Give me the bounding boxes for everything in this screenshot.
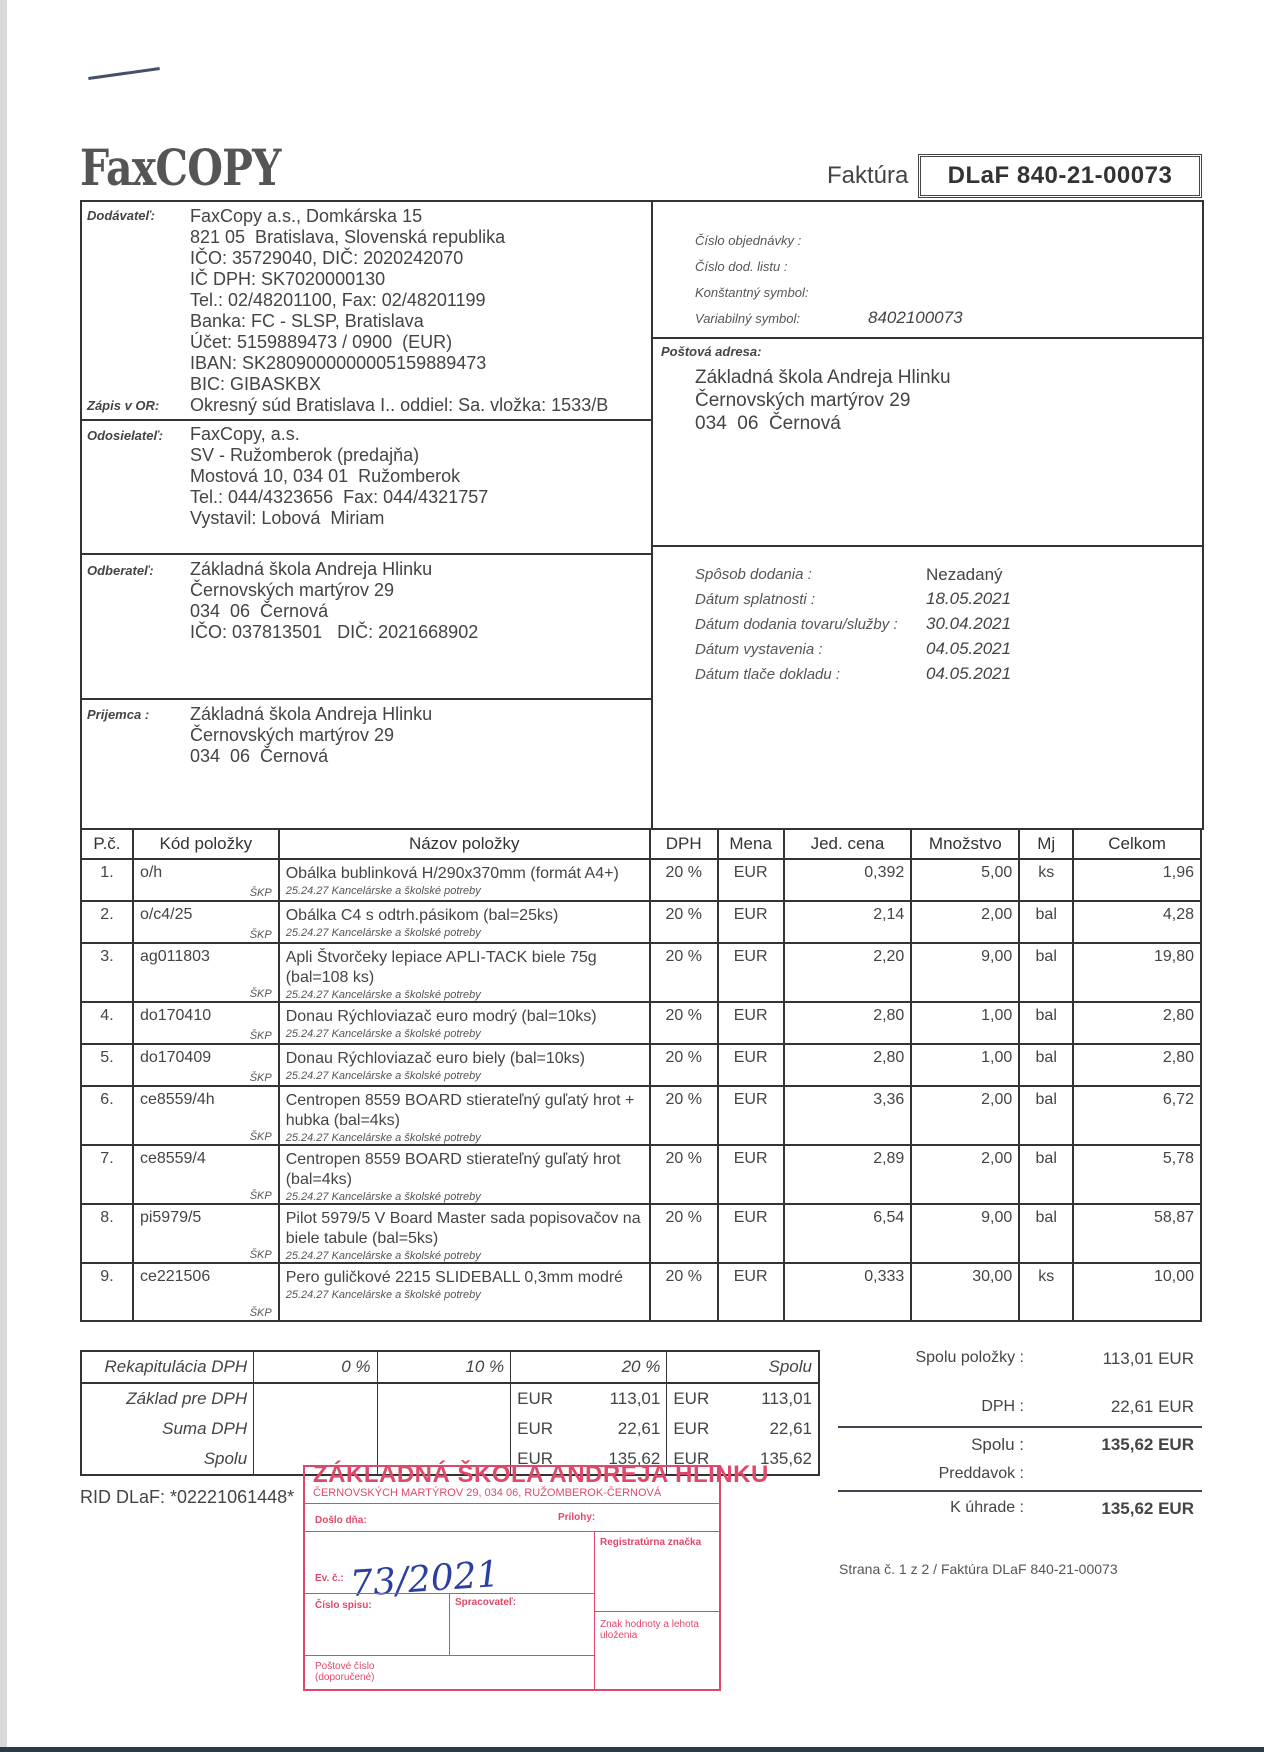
supplier-line: FaxCopy a.s., Domkárska 15	[190, 206, 422, 227]
amount-due-label: K úhrade :	[824, 1499, 1024, 1517]
sender-line: Mostová 10, 034 01 Ružomberok	[190, 466, 460, 487]
supplier-line: IBAN: SK2809000000005159889473	[190, 353, 486, 374]
col-header: Kód položky	[133, 829, 279, 859]
delivery-label: Spôsob dodania :	[695, 566, 812, 583]
amount-due-value: 135,62 EUR	[1024, 1499, 1194, 1519]
stamp-retention-label: Znak hodnoty a lehota uloženia	[600, 1619, 710, 1641]
item-quantity: 1,00	[911, 1044, 1019, 1086]
buyer-label: Odberateľ:	[87, 563, 154, 578]
row-number: 9.	[81, 1263, 133, 1321]
sender-line: SV - Ružomberok (predajňa)	[190, 445, 419, 466]
col-header: Celkom	[1073, 829, 1201, 859]
grand-total-label: Spolu :	[824, 1435, 1024, 1455]
stamp-title: ZÁKLADNÁ ŠKOLA ANDREJA HLINKU	[313, 1461, 769, 1489]
postal-label: Poštová adresa:	[661, 344, 761, 359]
stamp-line	[449, 1593, 450, 1655]
vat-row-label: Suma DPH	[81, 1414, 254, 1444]
skp-label: ŠKP	[250, 1307, 272, 1319]
reference-label: Konštantný symbol:	[695, 285, 808, 300]
supplier-line: BIC: GIBASKBX	[190, 374, 321, 395]
item-total: 5,78	[1073, 1145, 1201, 1204]
table-row: 7. ce8559/4ŠKP Centropen 8559 BOARD stie…	[81, 1145, 1201, 1204]
reference-label: Číslo objednávky :	[695, 233, 801, 248]
item-vat: 20 %	[650, 1204, 718, 1263]
due-date: 18.05.2021	[926, 589, 1011, 609]
item-quantity: 9,00	[911, 943, 1019, 1002]
stamp-received-label: Došlo dňa:	[315, 1515, 367, 1526]
col-header: Mj	[1019, 829, 1073, 859]
item-code-text: do170409	[140, 1049, 211, 1066]
item-name: Pilot 5979/5 V Board Master sada popisov…	[286, 1209, 643, 1249]
stamp-line	[305, 1503, 719, 1504]
row-number: 5.	[81, 1044, 133, 1086]
item-name-cell: Donau Rýchloviazač euro biely (bal=10ks)…	[279, 1044, 650, 1086]
item-category: 25.24.27 Kancelárske a školské potreby	[286, 989, 643, 1001]
postal-line: Černovských martýrov 29	[695, 389, 910, 412]
vat-currency: EUR	[511, 1383, 564, 1414]
invoice-number: DLaF 840-21-00073	[918, 154, 1202, 198]
buyer-line: Základná škola Andreja Hlinku	[190, 559, 432, 580]
vat-value: 113,01	[564, 1383, 667, 1414]
vat-rate: 20 %	[511, 1351, 667, 1383]
item-currency: EUR	[718, 1263, 784, 1321]
items-table: P.č. Kód položky Názov položky DPH Mena …	[80, 828, 1202, 1322]
item-code: ce8559/4ŠKP	[133, 1145, 279, 1204]
item-category: 25.24.27 Kancelárske a školské potreby	[286, 1250, 643, 1262]
stamp-line	[305, 1655, 594, 1656]
stamp-registry-label: Registratúrna značka	[600, 1537, 701, 1548]
supplier-line: Tel.: 02/48201100, Fax: 02/48201199	[190, 290, 486, 311]
variable-symbol: 8402100073	[868, 308, 963, 328]
supplier-divider	[80, 419, 652, 421]
stamp-postal-label: Poštové číslo (doporučené)	[315, 1661, 415, 1683]
item-unit: bal	[1019, 1204, 1073, 1263]
delivery-label: Dátum tlače dokladu :	[695, 666, 840, 683]
vat-value: 113,01	[718, 1383, 819, 1414]
company-logo: FaxCOPY	[80, 138, 281, 197]
sender-line: Tel.: 044/4323656 Fax: 044/4321757	[190, 487, 488, 508]
recipient-label: Prijemca :	[87, 707, 149, 722]
stamp-line	[594, 1611, 719, 1612]
item-total: 1,96	[1073, 859, 1201, 901]
item-name-cell: Apli Štvorčeky lepiace APLI-TACK biele 7…	[279, 943, 650, 1002]
supplier-line: IČO: 35729040, DIČ: 2020242070	[190, 248, 463, 269]
item-category: 25.24.27 Kancelárske a školské potreby	[286, 885, 643, 897]
stamp-evidence-label: Ev. č.:	[315, 1573, 344, 1584]
row-number: 6.	[81, 1086, 133, 1145]
col-header: Jed. cena	[784, 829, 912, 859]
supplier-line: Banka: FC - SLSP, Bratislava	[190, 311, 424, 332]
item-currency: EUR	[718, 1145, 784, 1204]
item-name-cell: Centropen 8559 BOARD stierateľný guľatý …	[279, 1145, 650, 1204]
item-vat: 20 %	[650, 1145, 718, 1204]
item-code-text: o/c4/25	[140, 906, 192, 923]
item-unit: bal	[1019, 943, 1073, 1002]
reference-divider	[651, 337, 1202, 339]
item-code-text: ce221506	[140, 1268, 210, 1285]
recipient-line: Černovských martýrov 29	[190, 725, 394, 746]
item-unit: bal	[1019, 1044, 1073, 1086]
delivery-label: Dátum dodania tovaru/služby :	[695, 616, 898, 633]
item-name-cell: Centropen 8559 BOARD stierateľný guľatý …	[279, 1086, 650, 1145]
vat-row-label: Základ pre DPH	[81, 1383, 254, 1414]
item-unit-price: 2,20	[784, 943, 912, 1002]
table-row: 2. o/c4/25ŠKP Obálka C4 s odtrh.pásikom …	[81, 901, 1201, 943]
item-currency: EUR	[718, 1044, 784, 1086]
item-vat: 20 %	[650, 1002, 718, 1044]
col-header: P.č.	[81, 829, 133, 859]
vat-value: 22,61	[564, 1414, 667, 1444]
item-total: 2,80	[1073, 1002, 1201, 1044]
vat-recap-row: Suma DPH EUR 22,61 EUR 22,61	[81, 1414, 819, 1444]
recipient-line: Základná škola Andreja Hlinku	[190, 704, 432, 725]
item-unit-price: 0,333	[784, 1263, 912, 1321]
item-code-text: pi5979/5	[140, 1209, 201, 1226]
item-unit: ks	[1019, 1263, 1073, 1321]
vat-cell-empty	[254, 1383, 377, 1414]
delivery-date: 30.04.2021	[926, 614, 1011, 634]
reference-label: Variabilný symbol:	[695, 311, 800, 326]
table-row: 4. do170410ŠKP Donau Rýchloviazač euro m…	[81, 1002, 1201, 1044]
invoice-label: Faktúra	[827, 162, 908, 190]
sender-line: FaxCopy, a.s.	[190, 424, 300, 445]
vat-rate: 10 %	[377, 1351, 511, 1383]
item-code: do170410ŠKP	[133, 1002, 279, 1044]
vat-row-label: Spolu	[81, 1444, 254, 1475]
supplier-line: Účet: 5159889473 / 0900 (EUR)	[190, 332, 452, 353]
item-name-cell: Pero guličkové 2215 SLIDEBALL 0,3mm modr…	[279, 1263, 650, 1321]
item-category: 25.24.27 Kancelárske a školské potreby	[286, 1028, 643, 1040]
item-quantity: 2,00	[911, 1145, 1019, 1204]
recipient-line: 034 06 Černová	[190, 746, 328, 767]
row-number: 8.	[81, 1204, 133, 1263]
supplier-line: IČ DPH: SK7020000130	[190, 269, 385, 290]
vat-cell-empty	[254, 1414, 377, 1444]
skp-label: ŠKP	[250, 1072, 272, 1084]
skp-label: ŠKP	[250, 988, 272, 1000]
postal-line: 034 06 Černová	[695, 412, 841, 435]
stamp-line	[305, 1531, 719, 1532]
item-category: 25.24.27 Kancelárske a školské potreby	[286, 1289, 643, 1301]
stamp-line	[594, 1531, 595, 1689]
skp-label: ŠKP	[250, 929, 272, 941]
item-unit: ks	[1019, 859, 1073, 901]
vat-recap-table: Rekapitulácia DPH 0 % 10 % 20 % Spolu Zá…	[80, 1350, 820, 1476]
item-total: 10,00	[1073, 1263, 1201, 1321]
grand-total-value: 135,62 EUR	[1024, 1435, 1194, 1455]
register-label: Zápis v OR:	[87, 398, 159, 413]
item-name: Obálka C4 s odtrh.pásikom (bal=25ks)	[286, 906, 643, 926]
reference-label: Číslo dod. listu :	[695, 259, 788, 274]
totals-divider	[838, 1426, 1202, 1428]
postal-line: Základná škola Andreja Hlinku	[695, 366, 951, 389]
registry-stamp: ZÁKLADNÁ ŠKOLA ANDREJA HLINKU ČERNOVSKÝC…	[303, 1465, 721, 1691]
skp-label: ŠKP	[250, 1030, 272, 1042]
item-category: 25.24.27 Kancelárske a školské potreby	[286, 1070, 643, 1082]
item-code-text: do170410	[140, 1007, 211, 1024]
table-row: 8. pi5979/5ŠKP Pilot 5979/5 V Board Mast…	[81, 1204, 1201, 1263]
buyer-line: IČO: 037813501 DIČ: 2021668902	[190, 622, 478, 643]
vat-value: 22,61	[718, 1414, 819, 1444]
item-unit-price: 3,36	[784, 1086, 912, 1145]
delivery-label: Dátum vystavenia :	[695, 641, 823, 658]
item-vat: 20 %	[650, 901, 718, 943]
buyer-line: Černovských martýrov 29	[190, 580, 394, 601]
vat-cell-empty	[377, 1383, 511, 1414]
row-number: 2.	[81, 901, 133, 943]
item-quantity: 1,00	[911, 1002, 1019, 1044]
item-category: 25.24.27 Kancelárske a školské potreby	[286, 1191, 643, 1203]
item-name: Donau Rýchloviazač euro biely (bal=10ks)	[286, 1049, 643, 1069]
scan-bottom-edge	[0, 1747, 1264, 1752]
stamp-attachments-label: Prílohy:	[558, 1512, 595, 1523]
item-currency: EUR	[718, 1204, 784, 1263]
item-name-cell: Pilot 5979/5 V Board Master sada popisov…	[279, 1204, 650, 1263]
col-header: Množstvo	[911, 829, 1019, 859]
item-currency: EUR	[718, 1086, 784, 1145]
row-number: 1.	[81, 859, 133, 901]
item-name: Pero guličkové 2215 SLIDEBALL 0,3mm modr…	[286, 1268, 643, 1288]
item-total: 19,80	[1073, 943, 1201, 1002]
skp-label: ŠKP	[250, 887, 272, 899]
item-name-cell: Obálka bublinková H/290x370mm (formát A4…	[279, 859, 650, 901]
items-header-row: P.č. Kód položky Názov položky DPH Mena …	[81, 829, 1201, 859]
advance-label: Preddavok :	[824, 1465, 1024, 1483]
skp-label: ŠKP	[250, 1190, 272, 1202]
item-quantity: 2,00	[911, 901, 1019, 943]
register-value: Okresný súd Bratislava I.. oddiel: Sa. v…	[190, 395, 608, 416]
item-unit-price: 0,392	[784, 859, 912, 901]
item-unit: bal	[1019, 1002, 1073, 1044]
item-name: Centropen 8559 BOARD stierateľný guľatý …	[286, 1091, 643, 1131]
item-unit-price: 2,80	[784, 1044, 912, 1086]
item-category: 25.24.27 Kancelárske a školské potreby	[286, 927, 643, 939]
vat-currency: EUR	[667, 1383, 718, 1414]
vat-cell-empty	[377, 1414, 511, 1444]
delivery-label: Dátum splatnosti :	[695, 591, 815, 608]
totals-divider	[838, 1490, 1202, 1492]
item-quantity: 30,00	[911, 1263, 1019, 1321]
item-vat: 20 %	[650, 859, 718, 901]
item-unit: bal	[1019, 1145, 1073, 1204]
vat-currency: EUR	[667, 1414, 718, 1444]
item-vat: 20 %	[650, 1263, 718, 1321]
sender-line: Vystavil: Lobová Miriam	[190, 508, 384, 529]
item-unit-price: 2,14	[784, 901, 912, 943]
item-code: ce221506ŠKP	[133, 1263, 279, 1321]
vat-recap-row: Základ pre DPH EUR 113,01 EUR 113,01	[81, 1383, 819, 1414]
item-code: do170409ŠKP	[133, 1044, 279, 1086]
item-currency: EUR	[718, 901, 784, 943]
item-code: ce8559/4hŠKP	[133, 1086, 279, 1145]
buyer-divider	[80, 698, 652, 700]
supplier-label: Dodávateľ:	[87, 208, 155, 223]
item-vat: 20 %	[650, 943, 718, 1002]
item-unit: bal	[1019, 1086, 1073, 1145]
table-row: 3. ag011803ŠKP Apli Štvorčeky lepiace AP…	[81, 943, 1201, 1002]
item-code-text: o/h	[140, 864, 162, 881]
row-number: 4.	[81, 1002, 133, 1044]
item-name-cell: Obálka C4 s odtrh.pásikom (bal=25ks)25.2…	[279, 901, 650, 943]
item-total: 2,80	[1073, 1044, 1201, 1086]
vat-total-value: 22,61 EUR	[1024, 1397, 1194, 1417]
page-info: Strana č. 1 z 2 / Faktúra DLaF 840-21-00…	[839, 1561, 1118, 1577]
delivery-method: Nezadaný	[926, 564, 1003, 585]
supplier-line: 821 05 Bratislava, Slovenská republika	[190, 227, 505, 248]
item-code-text: ce8559/4h	[140, 1091, 215, 1108]
item-name: Donau Rýchloviazač euro modrý (bal=10ks)	[286, 1007, 643, 1027]
item-quantity: 2,00	[911, 1086, 1019, 1145]
item-currency: EUR	[718, 1002, 784, 1044]
skp-label: ŠKP	[250, 1131, 272, 1143]
vat-rate: 0 %	[254, 1351, 377, 1383]
col-header: Názov položky	[279, 829, 650, 859]
sender-divider	[80, 553, 652, 555]
item-code: ag011803ŠKP	[133, 943, 279, 1002]
table-row: 9. ce221506ŠKP Pero guličkové 2215 SLIDE…	[81, 1263, 1201, 1321]
item-unit-price: 2,89	[784, 1145, 912, 1204]
item-unit-price: 2,80	[784, 1002, 912, 1044]
item-name-cell: Donau Rýchloviazač euro modrý (bal=10ks)…	[279, 1002, 650, 1044]
header-divider	[651, 200, 653, 828]
vat-rate: Spolu	[667, 1351, 819, 1383]
item-category: 25.24.27 Kancelárske a školské potreby	[286, 1132, 643, 1144]
vat-recap-title: Rekapitulácia DPH	[81, 1351, 254, 1383]
item-name: Obálka bublinková H/290x370mm (formát A4…	[286, 864, 643, 884]
vat-currency: EUR	[511, 1414, 564, 1444]
item-vat: 20 %	[650, 1086, 718, 1145]
item-code-text: ag011803	[140, 948, 210, 965]
item-quantity: 5,00	[911, 859, 1019, 901]
item-code: o/c4/25ŠKP	[133, 901, 279, 943]
table-row: 5. do170409ŠKP Donau Rýchloviazač euro b…	[81, 1044, 1201, 1086]
table-row: 6. ce8559/4hŠKP Centropen 8559 BOARD sti…	[81, 1086, 1201, 1145]
item-unit: bal	[1019, 901, 1073, 943]
rid-code: RID DLaF: *02221061448*	[80, 1487, 294, 1508]
stamp-subtitle: ČERNOVSKÝCH MARTÝROV 29, 034 06, RUŽOMBE…	[313, 1487, 661, 1499]
item-total: 6,72	[1073, 1086, 1201, 1145]
item-currency: EUR	[718, 859, 784, 901]
item-code-text: ce8559/4	[140, 1150, 206, 1167]
buyer-line: 034 06 Černová	[190, 601, 328, 622]
items-total-label: Spolu položky :	[824, 1349, 1024, 1367]
item-name: Apli Štvorčeky lepiace APLI-TACK biele 7…	[286, 948, 643, 988]
stamp-file-label: Číslo spisu:	[315, 1600, 372, 1611]
item-name: Centropen 8559 BOARD stierateľný guľatý …	[286, 1150, 643, 1190]
items-total-value: 113,01 EUR	[1024, 1349, 1194, 1369]
table-row: 1. o/hŠKP Obálka bublinková H/290x370mm …	[81, 859, 1201, 901]
row-number: 3.	[81, 943, 133, 1002]
vat-recap-header: Rekapitulácia DPH 0 % 10 % 20 % Spolu	[81, 1351, 819, 1383]
row-number: 7.	[81, 1145, 133, 1204]
postal-divider	[651, 545, 1202, 547]
item-quantity: 9,00	[911, 1204, 1019, 1263]
item-total: 4,28	[1073, 901, 1201, 943]
item-unit-price: 6,54	[784, 1204, 912, 1263]
stamp-processor-label: Spracovateľ:	[455, 1597, 516, 1608]
item-code: o/hŠKP	[133, 859, 279, 901]
col-header: DPH	[650, 829, 718, 859]
vat-total-label: DPH :	[824, 1398, 1024, 1416]
scan-edge	[0, 0, 7, 1752]
issue-date: 04.05.2021	[926, 639, 1011, 659]
item-currency: EUR	[718, 943, 784, 1002]
pen-mark	[88, 67, 160, 80]
print-date: 04.05.2021	[926, 664, 1011, 684]
col-header: Mena	[718, 829, 784, 859]
item-vat: 20 %	[650, 1044, 718, 1086]
item-total: 58,87	[1073, 1204, 1201, 1263]
skp-label: ŠKP	[250, 1249, 272, 1261]
sender-label: Odosielateľ:	[87, 428, 163, 443]
item-code: pi5979/5ŠKP	[133, 1204, 279, 1263]
